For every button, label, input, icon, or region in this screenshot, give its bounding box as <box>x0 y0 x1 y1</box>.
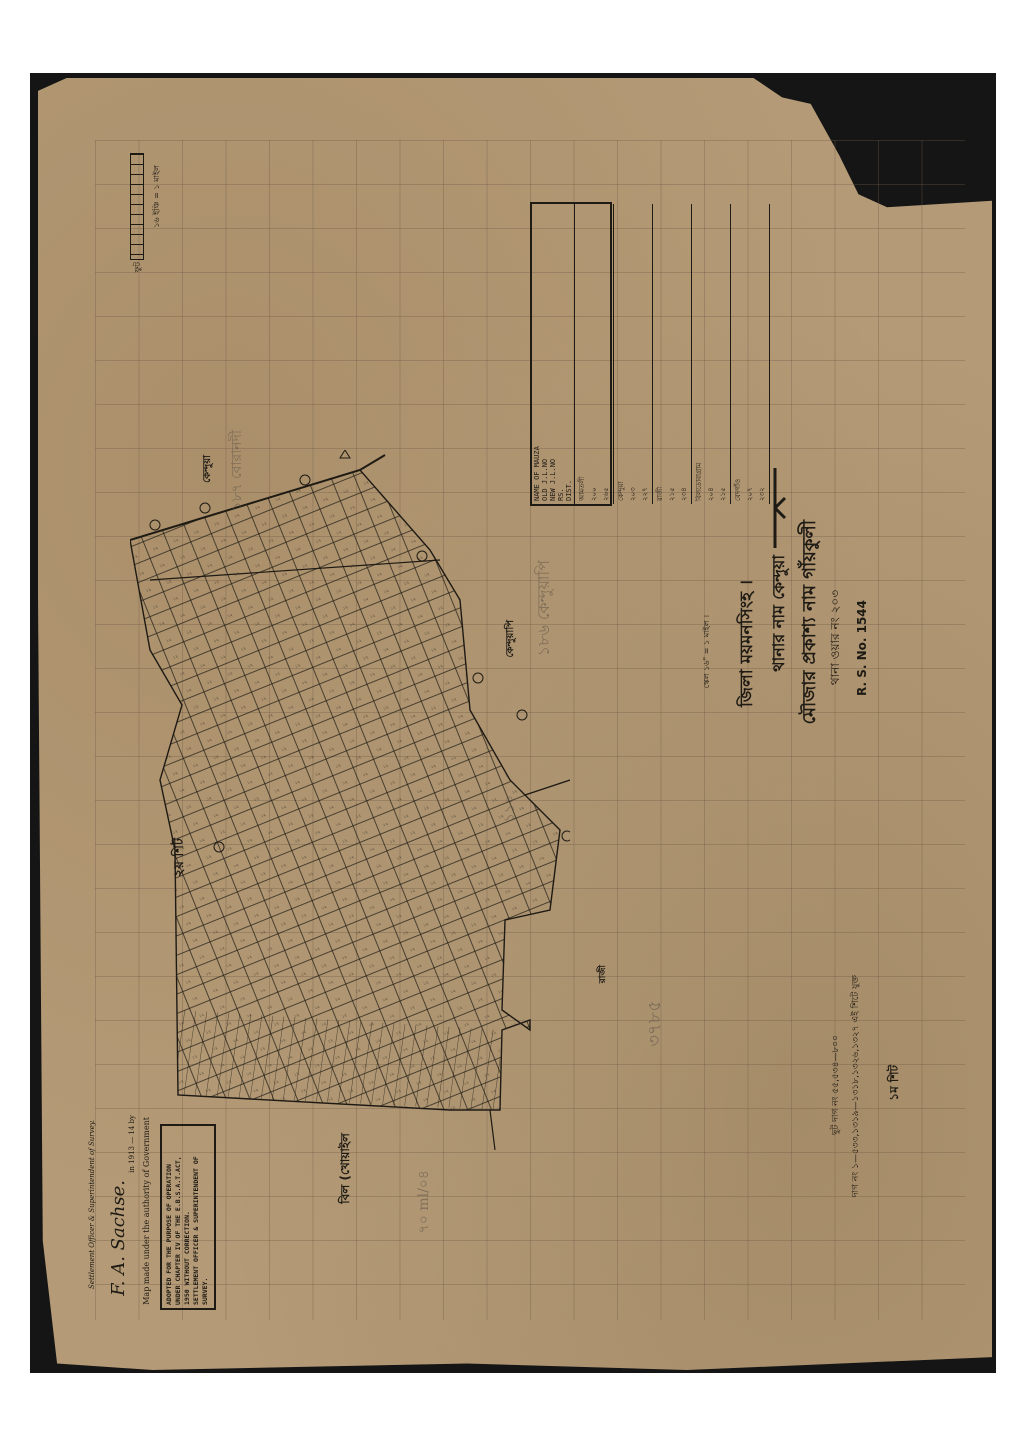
row-new: ২৩২ <box>756 441 768 501</box>
scale-bar <box>130 153 144 260</box>
notice-line: 1950 WITHOUT CORRECTION. <box>183 1129 192 1305</box>
officer-signature: F. A. Sachse. <box>108 1180 129 1296</box>
row-old: ২০০ <box>588 441 600 501</box>
scale-bar-unit: ফুট <box>131 262 144 272</box>
row-old: ২০৩ <box>627 441 639 501</box>
boundary-label-bottom: বিল (খোয়াইল <box>335 1133 355 1204</box>
thana-number: থানা ওয়ার নং ২০৩ <box>825 590 845 685</box>
authority-date: in 1913 — 14 by <box>128 1115 136 1173</box>
pencil-note: ১১০ <box>498 795 522 822</box>
table-row: বিলডোবাগ্রাম ২০৪ ২১৫ <box>692 204 731 504</box>
scale-bar-label: ১৬ ইঞ্চি = ১ মাইল <box>150 165 163 228</box>
pencil-note: ৭০ ml/০৪ <box>412 1170 436 1233</box>
boundary-label-top-left: কেন্দুয়া <box>200 455 217 483</box>
row-new: ২২৭ <box>639 441 651 501</box>
notice-line: ADOPTED FOR THE PURPOSE OF OPERATION <box>165 1129 174 1305</box>
thana-name: থানার নাম কেন্দুয়া <box>765 555 792 672</box>
scale-text: স্কেল ১৬" = ১ মাইল । <box>700 615 713 688</box>
authority-line: Map made under the authority of Governme… <box>142 1117 151 1305</box>
table-row: আমতলী ২০০ ২৬৫ <box>575 204 614 504</box>
row-old: ২০৪ <box>705 441 717 501</box>
officer-title: Settlement Officer & Superintendent of S… <box>88 1120 96 1289</box>
table-row: বেদগাঁও ২০৭ ২৩২ <box>731 204 770 504</box>
row-new: ২১৫ <box>717 441 729 501</box>
plot-range-primary: দাগ নং ১—৫৩৩,১৩১৯—১৩১৮,১৩২৬,১৩২৭ এই শিটে… <box>848 975 863 1197</box>
pencil-note: ১৮৭ বোরানদী <box>225 430 249 511</box>
row-new: ২৩৪ <box>678 441 690 501</box>
row-old: ২০৭ <box>744 441 756 501</box>
row-new: ২৬৫ <box>600 441 612 501</box>
row-name: কেন্দুয়া <box>615 391 627 501</box>
notice-line: SETTLEMENT OFFICER & SUPERINTENDENT OF <box>192 1129 201 1305</box>
table-row: রাজী ২১৫ ২৩৪ <box>653 204 692 504</box>
arrow-north-icon <box>780 468 790 548</box>
row-name: রাজী <box>654 391 666 501</box>
plot-range-excluded: ছুট দাগ নং ৫৫,৫৩৪—৮০০ <box>828 1035 843 1135</box>
district-name: জিলা ময়মনসিংহ । <box>733 580 761 707</box>
adoption-notice-stamp: ADOPTED FOR THE PURPOSE OF OPERATION UND… <box>160 1124 216 1310</box>
row-name: আমতলী <box>576 391 588 501</box>
row-name: বিলডোবাগ্রাম <box>693 391 705 501</box>
sheet-label-1: ১ম শিট <box>884 1065 904 1101</box>
notice-line: SURVEY. <box>201 1129 210 1305</box>
row-name: বেদগাঁও <box>732 391 744 501</box>
table-row: কেন্দুয়া ২০৩ ২২৭ <box>614 204 653 504</box>
rs-number: R. S. No. 1544 <box>855 600 869 696</box>
pencil-note: ১৮৬ কেন্দুয়াপি <box>530 560 557 656</box>
notice-text: ADOPTED FOR THE PURPOSE OF OPERATION UND… <box>162 1126 213 1308</box>
boundary-label-top-right: কেন্দুয়াপি <box>503 620 520 658</box>
pencil-note: ৩৭৮৫ <box>640 1000 671 1047</box>
boundary-label-right: রাজী <box>595 965 610 983</box>
row-old: ২১৫ <box>666 441 678 501</box>
mouza-name: মৌজার প্রকাশ্য নাম গাঁয়কুলী <box>795 520 826 724</box>
notice-line: UNDER CHAPTER IV OF THE E.B.S.A.T.ACT, <box>174 1129 183 1305</box>
